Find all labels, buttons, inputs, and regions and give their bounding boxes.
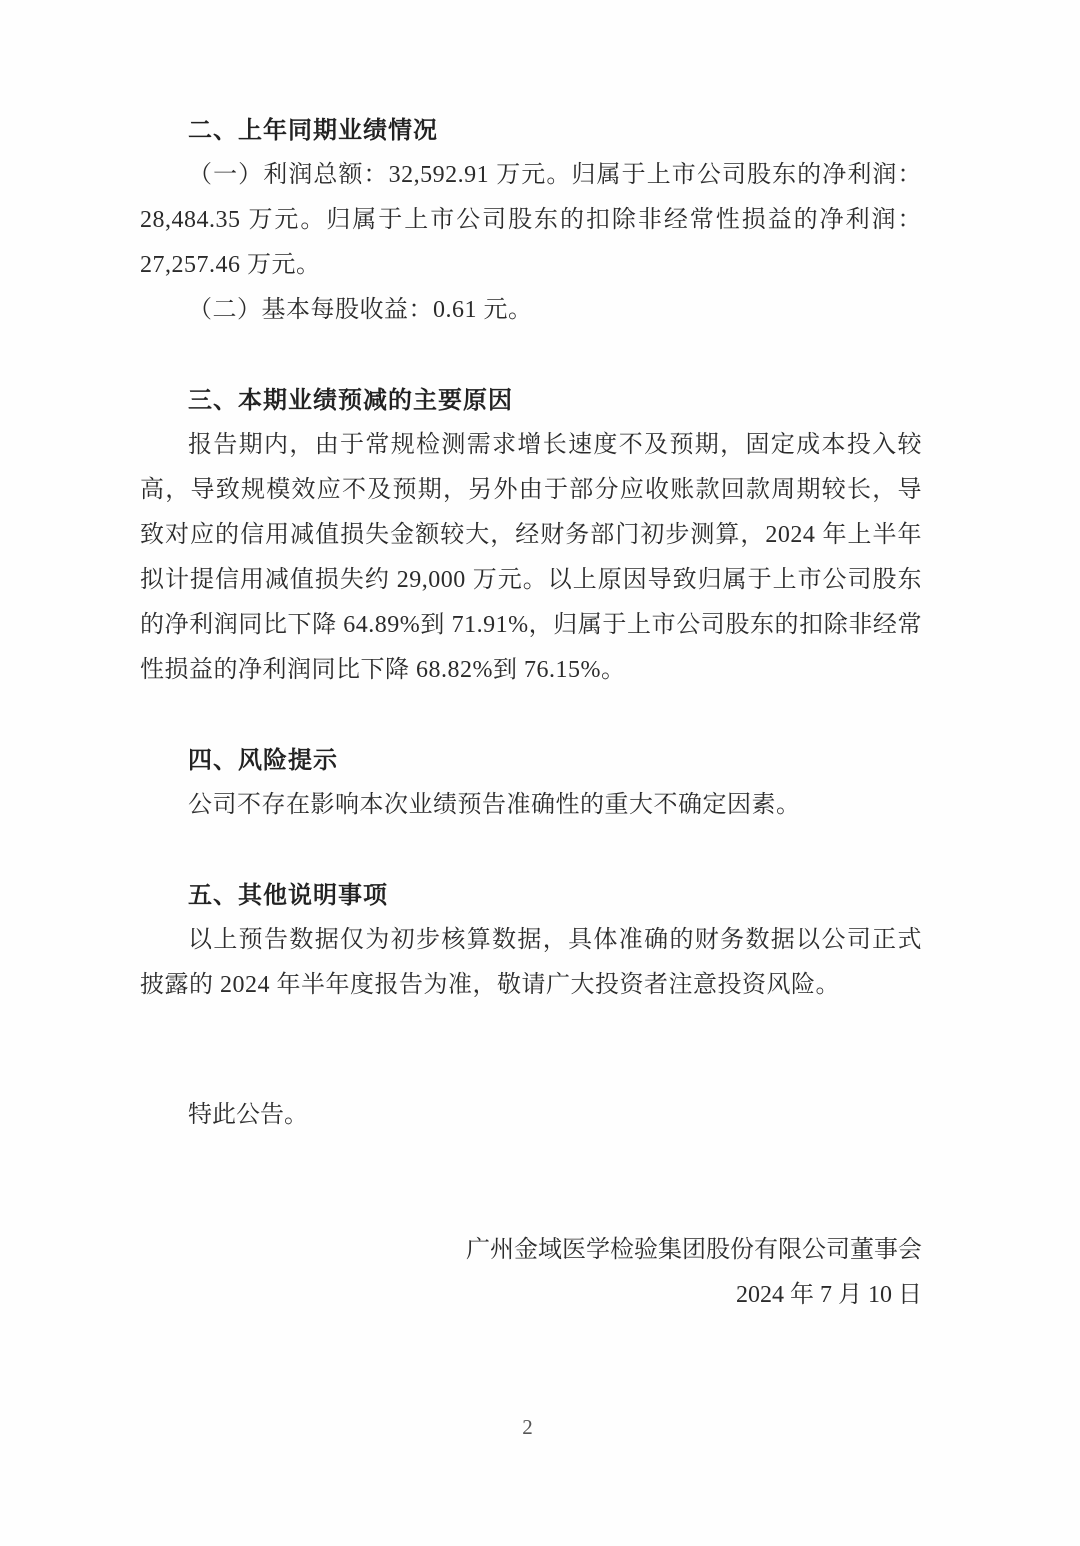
section-heading: 二、上年同期业绩情况 <box>140 108 922 153</box>
section-heading: 四、风险提示 <box>140 738 922 783</box>
company-signature: 广州金域医学检验集团股份有限公司董事会 <box>140 1228 922 1273</box>
section-heading: 五、其他说明事项 <box>140 873 922 918</box>
closing-statement: 特此公告。 <box>140 1093 922 1138</box>
announcement-date: 2024 年 7 月 10 日 <box>140 1273 922 1318</box>
document-page: 二、上年同期业绩情况 （一）利润总额：32,592.91 万元。归属于上市公司股… <box>0 0 1080 1546</box>
section-prior-period-results: 二、上年同期业绩情况 （一）利润总额：32,592.91 万元。归属于上市公司股… <box>140 108 922 333</box>
section-main-reasons: 三、本期业绩预减的主要原因 报告期内，由于常规检测需求增长速度不及预期，固定成本… <box>140 378 922 693</box>
signature-block: 广州金域医学检验集团股份有限公司董事会 2024 年 7 月 10 日 <box>140 1228 922 1318</box>
paragraph: 公司不存在影响本次业绩预告准确性的重大不确定因素。 <box>140 783 922 828</box>
section-heading: 三、本期业绩预减的主要原因 <box>140 378 922 423</box>
paragraph: 报告期内，由于常规检测需求增长速度不及预期，固定成本投入较高，导致规模效应不及预… <box>140 423 922 693</box>
paragraph: （一）利润总额：32,592.91 万元。归属于上市公司股东的净利润：28,48… <box>140 153 922 288</box>
section-risk-notice: 四、风险提示 公司不存在影响本次业绩预告准确性的重大不确定因素。 <box>140 738 922 828</box>
page-number: 2 <box>0 1415 1055 1440</box>
section-other-notes: 五、其他说明事项 以上预告数据仅为初步核算数据，具体准确的财务数据以公司正式披露… <box>140 873 922 1008</box>
paragraph: （二）基本每股收益：0.61 元。 <box>140 288 922 333</box>
paragraph: 以上预告数据仅为初步核算数据，具体准确的财务数据以公司正式披露的 2024 年半… <box>140 918 922 1008</box>
